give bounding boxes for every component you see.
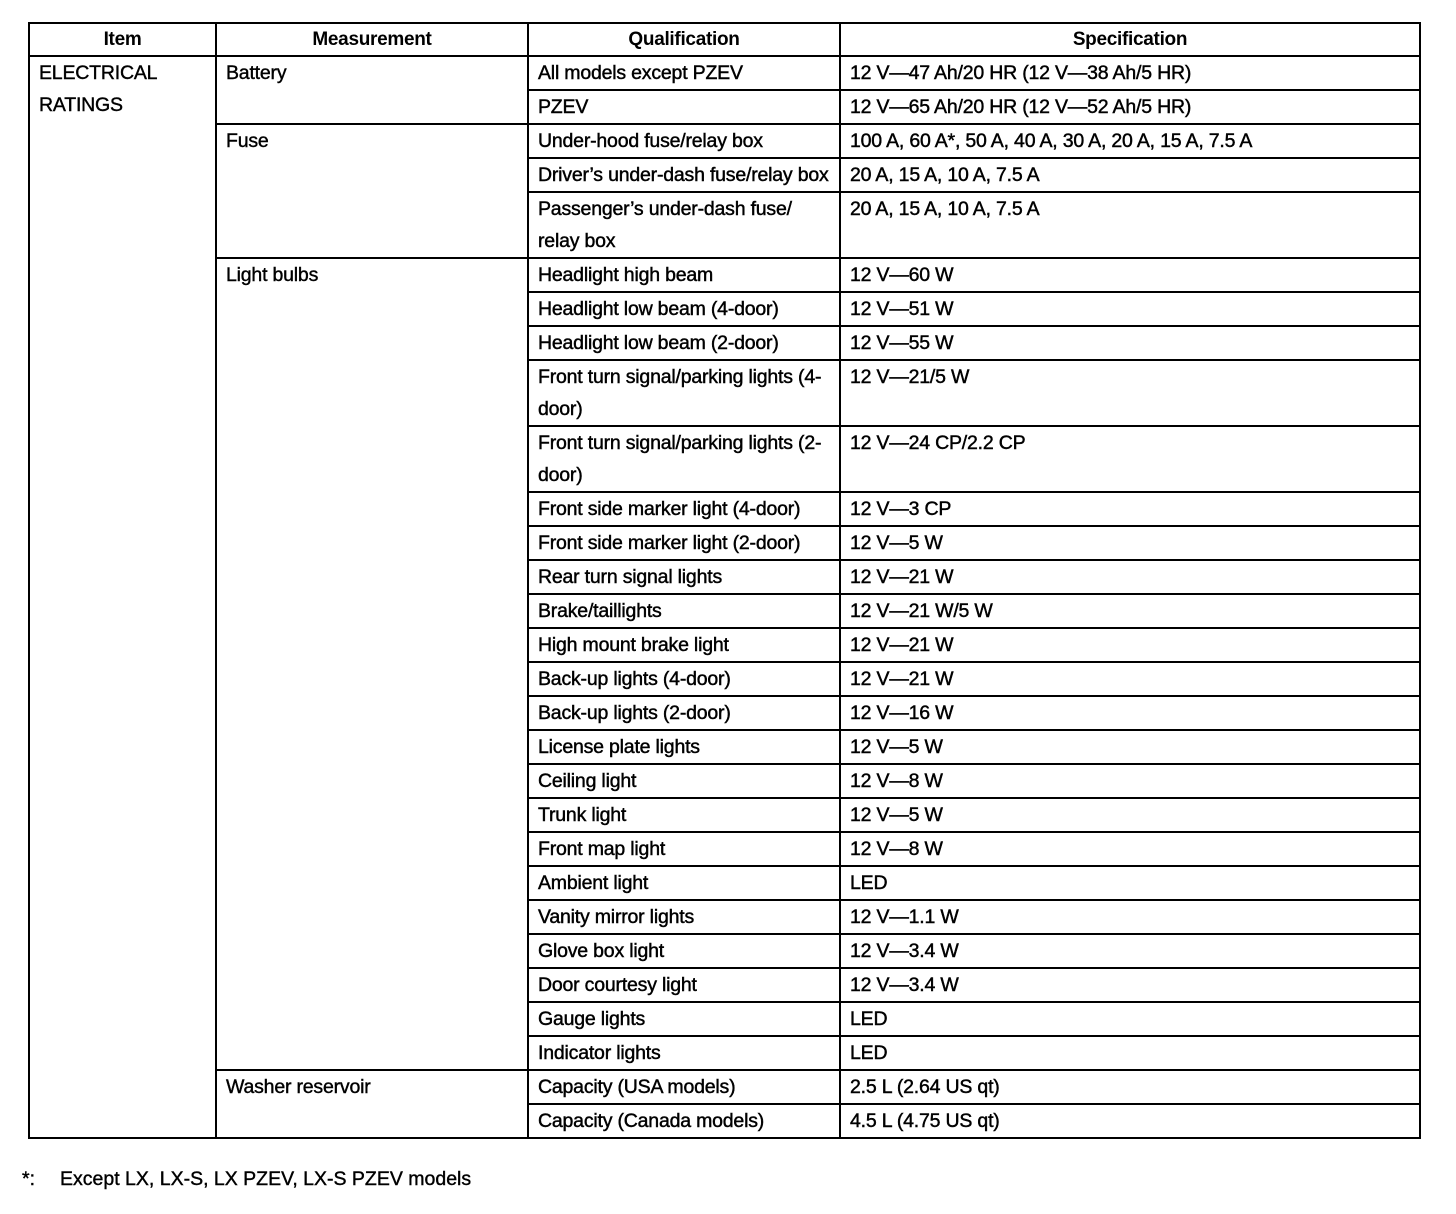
specification-cell: 4.5 L (4.75 US qt) (840, 1104, 1420, 1138)
qualification-cell: Driver’s under-dash fuse/relay box (528, 158, 840, 192)
qualification-cell: Capacity (USA models) (528, 1070, 840, 1104)
specification-cell: 12 V—5 W (840, 798, 1420, 832)
specification-cell: 12 V—5 W (840, 730, 1420, 764)
qualification-cell: Ceiling light (528, 764, 840, 798)
qualification-cell: Capacity (Canada models) (528, 1104, 840, 1138)
specification-cell: 12 V—16 W (840, 696, 1420, 730)
qualification-cell: Under-hood fuse/relay box (528, 124, 840, 158)
qualification-cell: Headlight high beam (528, 258, 840, 292)
specification-cell: 100 A, 60 A*, 50 A, 40 A, 30 A, 20 A, 15… (840, 124, 1420, 158)
measurement-cell: Light bulbs (216, 258, 528, 1070)
qualification-cell: High mount brake light (528, 628, 840, 662)
specification-cell: 2.5 L (2.64 US qt) (840, 1070, 1420, 1104)
qualification-cell: Rear turn signal lights (528, 560, 840, 594)
table-body: ELECTRICAL RATINGSBatteryAll models exce… (29, 56, 1420, 1138)
specification-cell: 12 V—21 W (840, 628, 1420, 662)
qualification-cell: Front map light (528, 832, 840, 866)
specification-cell: 12 V—21 W (840, 560, 1420, 594)
qualification-cell: Brake/taillights (528, 594, 840, 628)
table-header-row: Item Measurement Qualification Specifica… (29, 23, 1420, 56)
specification-cell: 12 V—60 W (840, 258, 1420, 292)
measurement-cell: Washer reservoir (216, 1070, 528, 1138)
header-qualification: Qualification (528, 23, 840, 56)
specification-cell: 12 V—1.1 W (840, 900, 1420, 934)
table-row: Light bulbsHeadlight high beam12 V—60 W (29, 258, 1420, 292)
qualification-cell: Back-up lights (2-door) (528, 696, 840, 730)
footnote-mark: *: (22, 1168, 60, 1191)
qualification-cell: Indicator lights (528, 1036, 840, 1070)
specification-cell: 12 V—5 W (840, 526, 1420, 560)
specification-cell: LED (840, 1002, 1420, 1036)
specification-cell: 12 V—3.4 W (840, 934, 1420, 968)
specification-cell: 12 V—21 W (840, 662, 1420, 696)
specification-cell: 12 V—55 W (840, 326, 1420, 360)
specification-cell: 12 V—21 W/5 W (840, 594, 1420, 628)
qualification-cell: Ambient light (528, 866, 840, 900)
table-row: Washer reservoirCapacity (USA models)2.5… (29, 1070, 1420, 1104)
specification-cell: 20 A, 15 A, 10 A, 7.5 A (840, 158, 1420, 192)
qualification-cell: Passenger’s under-dash fuse/ relay box (528, 192, 840, 258)
header-measurement: Measurement (216, 23, 528, 56)
qualification-cell: Front turn signal/parking lights (4-door… (528, 360, 840, 426)
qualification-cell: License plate lights (528, 730, 840, 764)
specification-cell: 12 V—3 CP (840, 492, 1420, 526)
specification-cell: 12 V—21/5 W (840, 360, 1420, 426)
qualification-cell: Headlight low beam (4-door) (528, 292, 840, 326)
specification-cell: 12 V—24 CP/2.2 CP (840, 426, 1420, 492)
footnote: *:Except LX, LX-S, LX PZEV, LX-S PZEV mo… (22, 1168, 471, 1191)
qualification-cell: Vanity mirror lights (528, 900, 840, 934)
specification-cell: 12 V—65 Ah/20 HR (12 V—52 Ah/5 HR) (840, 90, 1420, 124)
footnote-text: Except LX, LX-S, LX PZEV, LX-S PZEV mode… (60, 1168, 471, 1190)
qualification-cell: Front side marker light (2-door) (528, 526, 840, 560)
qualification-cell: Glove box light (528, 934, 840, 968)
qualification-cell: Headlight low beam (2-door) (528, 326, 840, 360)
qualification-cell: Front side marker light (4-door) (528, 492, 840, 526)
specification-cell: 12 V—8 W (840, 764, 1420, 798)
qualification-cell: Back-up lights (4-door) (528, 662, 840, 696)
specification-cell: LED (840, 1036, 1420, 1070)
specification-cell: LED (840, 866, 1420, 900)
qualification-cell: All models except PZEV (528, 56, 840, 90)
table-row: FuseUnder-hood fuse/relay box100 A, 60 A… (29, 124, 1420, 158)
qualification-cell: PZEV (528, 90, 840, 124)
qualification-cell: Door courtesy light (528, 968, 840, 1002)
qualification-cell: Gauge lights (528, 1002, 840, 1036)
table-row: ELECTRICAL RATINGSBatteryAll models exce… (29, 56, 1420, 90)
qualification-cell: Front turn signal/parking lights (2-door… (528, 426, 840, 492)
measurement-cell: Fuse (216, 124, 528, 258)
item-cell: ELECTRICAL RATINGS (29, 56, 216, 1138)
header-item: Item (29, 23, 216, 56)
specification-cell: 12 V—47 Ah/20 HR (12 V—38 Ah/5 HR) (840, 56, 1420, 90)
qualification-cell: Trunk light (528, 798, 840, 832)
electrical-ratings-table: Item Measurement Qualification Specifica… (28, 22, 1421, 1139)
measurement-cell: Battery (216, 56, 528, 124)
specification-cell: 12 V—8 W (840, 832, 1420, 866)
header-specification: Specification (840, 23, 1420, 56)
specification-cell: 12 V—51 W (840, 292, 1420, 326)
specification-cell: 12 V—3.4 W (840, 968, 1420, 1002)
specification-cell: 20 A, 15 A, 10 A, 7.5 A (840, 192, 1420, 258)
